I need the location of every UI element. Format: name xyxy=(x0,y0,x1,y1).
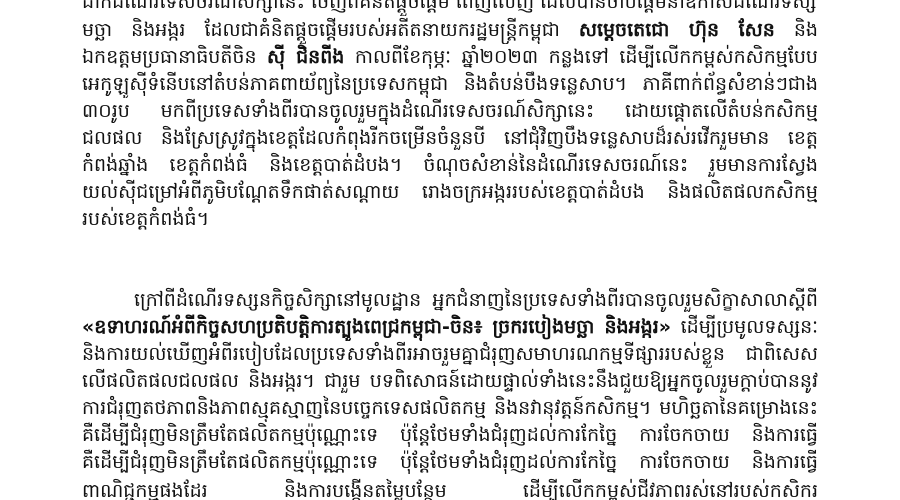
name-hun-sen: សម្តេចតេជោ ហ៊ុន សែន xyxy=(579,19,775,41)
paragraph-1-line-1-cut: ដាក់ដំណើរទេសចរណ៍សិក្សានេះ ចេញពីគំនិតផ្តួ… xyxy=(82,0,818,16)
paragraph-2-line-7: គឺដើម្បីជំរុញមិនត្រឹមតែផលិតកម្មប៉ុណ្ណោះទ… xyxy=(82,449,818,476)
paragraph-1-line-7: កំពង់ឆ្នាំង ខេត្តកំពង់ធំ និងខេត្តបាត់ដំប… xyxy=(82,152,818,179)
line-text: ដើម្បីប្រមូលទស្សនៈ xyxy=(671,316,818,338)
workshop-title: «ឧទាហរណ៍អំពីកិច្ចសហប្រតិបត្តិការត្បូងពេជ… xyxy=(82,316,671,338)
line-text: និង xyxy=(775,19,818,41)
paragraph-2-line-6: គឺដើម្បីជំរុញមិនត្រឹមតែផលិតកម្មប៉ុណ្ណោះទ… xyxy=(82,422,818,449)
paragraph-2-line-8-cut: ពាណិជ្ជកម្មផងដែរ និងការបង្កើនតម្លៃបន្ថែម… xyxy=(82,478,818,500)
paragraph-1-line-3: ឯកឧត្តមប្រធានាធិបតីចិន ស៊ី ជិនពីង កាលពីខ… xyxy=(82,44,818,71)
paragraph-2-line-1: ក្រៅពីដំណើរទស្សនកិច្ចសិក្សានៅមូលដ្ឋាន អ្… xyxy=(134,287,818,314)
paragraph-1-line-5: ៣០រូប មកពីប្រទេសទាំងពីរបានចូលរួមក្នុងដំណ… xyxy=(82,98,818,125)
paragraph-2-line-2: «ឧទាហរណ៍អំពីកិច្ចសហប្រតិបត្តិការត្បូងពេជ… xyxy=(82,314,818,341)
paragraph-1-line-2: មច្ឆា និងអង្ករ ដែលជាគំនិតផ្តួចផ្តើមរបស់អ… xyxy=(82,17,818,44)
paragraph-2-line-3: និងការយល់ឃើញអំពីរបៀបដែលប្រទេសទាំងពីរអាចរ… xyxy=(82,341,818,368)
paragraph-1-line-6: ជលផល និងស្រែស្រូវក្នុងខេត្តដែលកំពុងរីកចម… xyxy=(82,125,818,152)
line-text: មច្ឆា និងអង្ករ ដែលជាគំនិតផ្តួចផ្តើមរបស់អ… xyxy=(82,19,579,41)
paragraph-1-line-4: អេកូឡូស៊ីទំនើបនៅតំបន់ភាគពាយ័ព្យនៃប្រទេសក… xyxy=(82,71,818,98)
paragraph-1-line-8: យល់ស៊ីជម្រៅអំពីភូមិបណ្តែតទឹកផាត់សណ្តាយ រ… xyxy=(82,179,818,206)
paragraph-1-line-9: របស់ខេត្តកំពង់ធំ។ xyxy=(82,206,818,233)
paragraph-2-line-4: លើផលិតផលជលផល និងអង្ករ។ ជារួម បទពិសោធន៍ដោ… xyxy=(82,368,818,395)
document-page: ដាក់ដំណើរទេសចរណ៍សិក្សានេះ ចេញពីគំនិតផ្តួ… xyxy=(0,0,900,500)
line-text: កាលពីខែកុម្ភៈ ឆ្នាំ២០២៣ កន្លងទៅ ដើម្បីលើ… xyxy=(344,46,818,68)
name-xi-jinping: ស៊ី ជិនពីង xyxy=(267,46,344,68)
line-text: ឯកឧត្តមប្រធានាធិបតីចិន xyxy=(82,46,267,68)
paragraph-2-line-5: ការជំរុញតថភាពនិងភាពស្មុគស្មាញនៃបច្ចេកទេស… xyxy=(82,395,818,422)
